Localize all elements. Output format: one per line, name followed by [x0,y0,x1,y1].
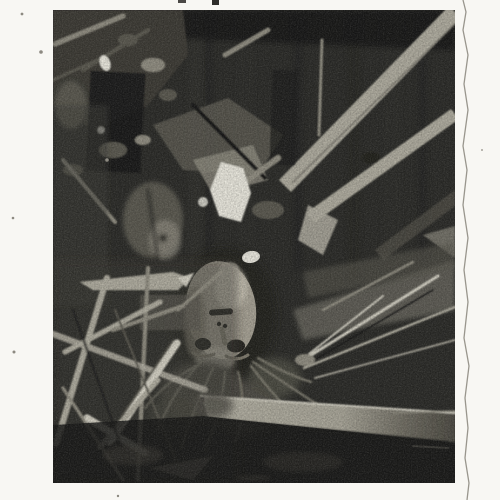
photograph [53,10,455,483]
film-grain-light [53,10,455,483]
photocopy-page [0,0,500,500]
torn-paper-edge [463,0,469,500]
